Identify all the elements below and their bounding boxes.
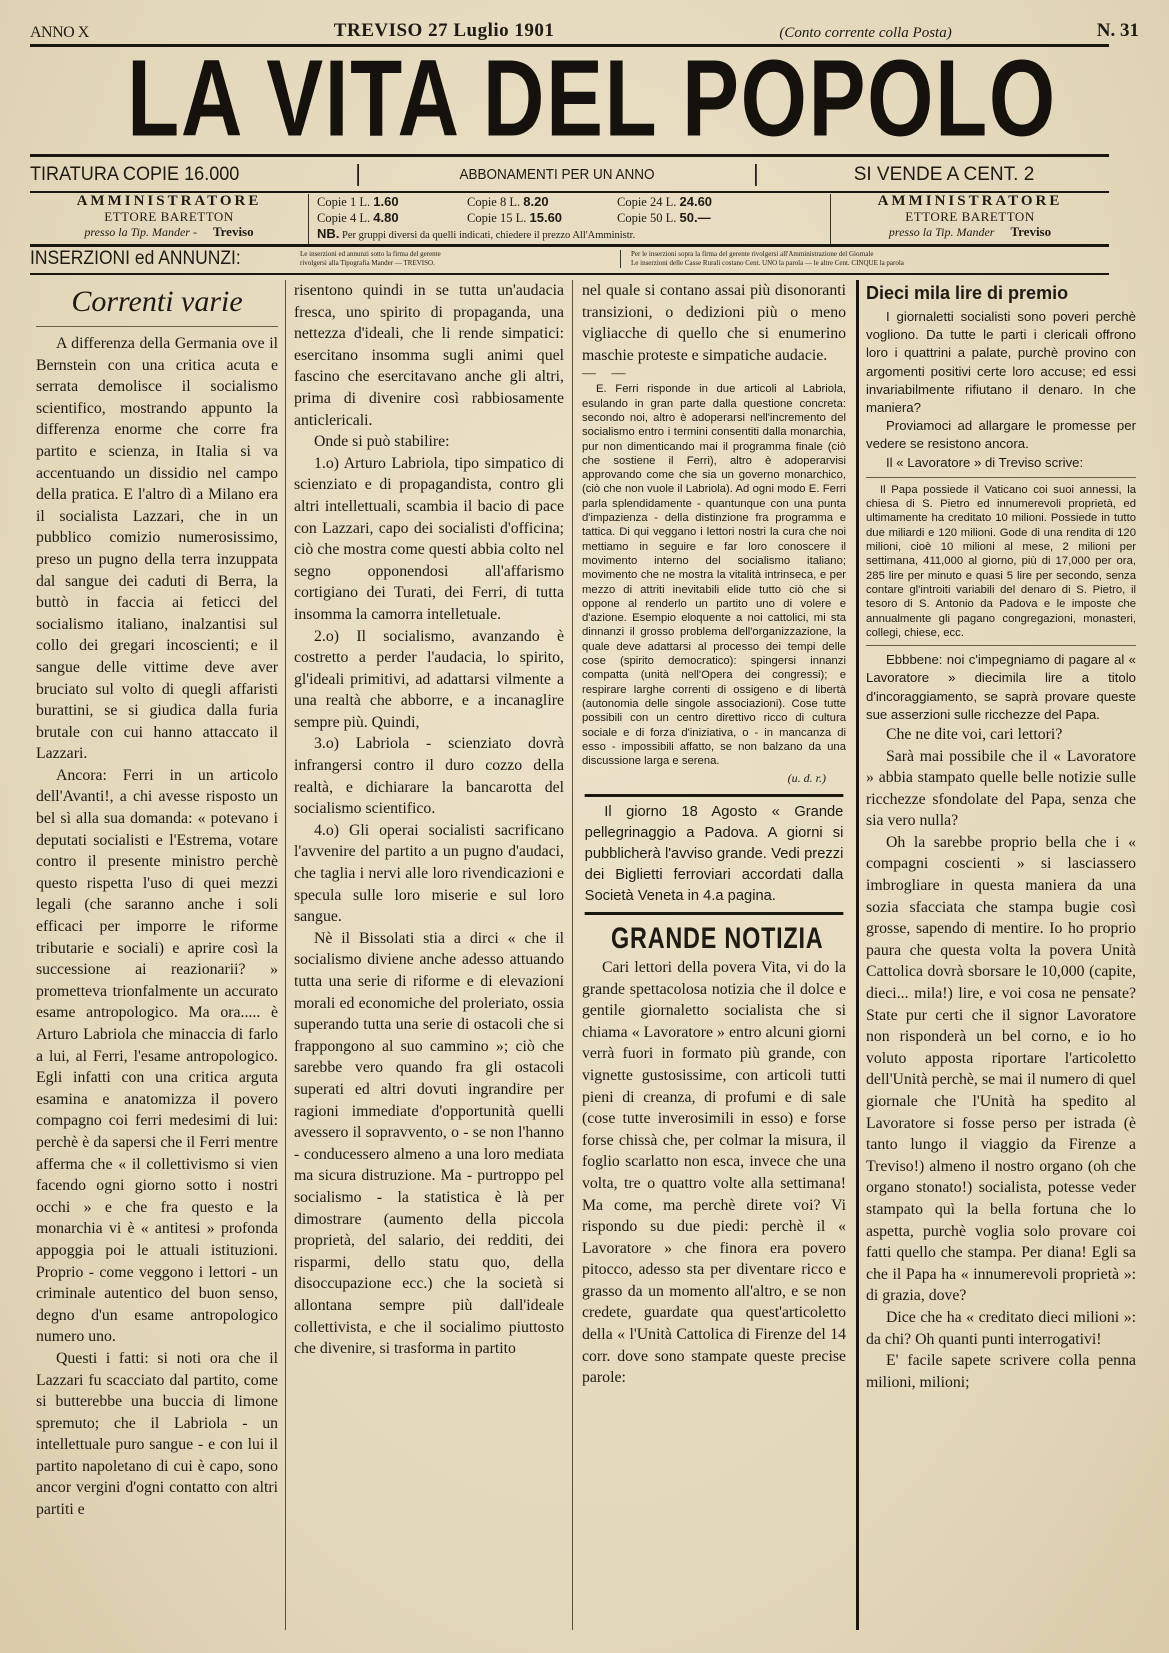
paragraph: Dice che ha « creditato dieci milioni »:… (866, 1307, 1136, 1350)
advertising-heading: INSERZIONI ed ANNUNZI: (30, 248, 278, 270)
price-row: Copie 4 L. 4.80 Copie 15 L. 15.60 Copie … (317, 210, 822, 226)
column-divider (285, 280, 286, 1630)
admin-left: AMMINISTRATORE ETTORE BARETTON presso la… (30, 194, 308, 244)
column-three: nel quale si contano assai più disonoran… (582, 280, 846, 1389)
divider (866, 645, 1136, 646)
article-intro: I giornaletti socialisti sono poveri per… (866, 308, 1136, 472)
price-note: NB. Per gruppi diversi da quelli indicat… (317, 226, 822, 243)
paragraph: 4.o) Gli operai socialisti sacrificano l… (294, 820, 564, 928)
paragraph: E' facile sapete scrivere colla penna mi… (866, 1350, 1136, 1393)
divider (30, 154, 1109, 157)
pilgrimage-notice: Il giorno 18 Agosto « Grande pellegrinag… (585, 794, 844, 915)
paragraph: Onde si può stabilire: (294, 431, 564, 453)
paragraph: Nè il Bissolati stia a dirci « che il so… (294, 928, 564, 1360)
admin-name: ETTORE BARETTON (30, 209, 308, 224)
paragraph: risentono quindi in se tutta un'audacia … (294, 280, 564, 431)
quoted-text: Il Papa possiede il Vaticano coi suoi an… (866, 483, 1136, 640)
editorial-signature: (u. d. r.) (582, 768, 846, 790)
editorial-note: E. Ferri risponde in due articoli al Lab… (582, 382, 846, 768)
subscription-prices: Copie 1 L. 1.60 Copie 8 L. 8.20 Copie 24… (308, 194, 831, 244)
info-bar: TIRATURA COPIE 16.000 ABBONAMENTI PER UN… (30, 160, 1109, 190)
paragraph: Sarà mai possibile che il « Lavoratore »… (866, 746, 1136, 832)
issue-number: N. 31 (1097, 20, 1139, 42)
article-correnti-varie: Correnti varie A differenza della German… (36, 280, 278, 1521)
paragraph: 1.o) Arturo Labriola, tipo simpatico di … (294, 453, 564, 626)
separator-dash: — — (582, 366, 846, 382)
advertising-note-1: Le inserzioni ed annunzi sotto la firma … (300, 250, 620, 268)
paragraph: nel quale si contano assai più disonoran… (582, 280, 846, 366)
volume-number: ANNO X (30, 24, 89, 42)
paragraph: 2.o) Il socialismo, avanzando è costrett… (294, 626, 564, 734)
article-dieci-mila-lire: Dieci mila lire di premio I giornaletti … (866, 280, 1136, 1393)
paragraph: Questi i fatti: si noti ora che il Lazza… (36, 1348, 278, 1521)
divider (866, 477, 1136, 478)
divider (30, 273, 1109, 275)
paragraph: Cari lettori della povera Vita, vi do la… (582, 957, 846, 1389)
paragraph: A differenza della Germania ove il Berns… (36, 333, 278, 765)
price-row: Copie 1 L. 1.60 Copie 8 L. 8.20 Copie 24… (317, 194, 822, 210)
advertising-note-2: Per le inserzioni sopra la firma del ger… (620, 250, 1109, 268)
newspaper-page: ANNO X TREVISO 27 Luglio 1901 (Conto cor… (0, 0, 1169, 1653)
article-offer: Ebbbene: noi c'impegniamo di pagare al «… (866, 651, 1136, 724)
article-title: Correnti varie (36, 280, 278, 327)
admin-right: AMMINISTRATORE ETTORE BARETTON presso la… (831, 194, 1109, 244)
sale-price: SI VENDE A CENT. 2 (779, 164, 1109, 186)
paragraph: 3.o) Labriola - scienziato dovrà infrang… (294, 733, 564, 819)
column-divider (856, 280, 859, 1630)
admin-heading: AMMINISTRATORE (30, 194, 308, 209)
circulation: TIRATURA COPIE 16.000 (30, 164, 320, 186)
subscriptions-heading: ABBONAMENTI PER UN ANNO (357, 164, 757, 186)
paragraph: Ancora: Ferri in un articolo dell'Avanti… (36, 765, 278, 1348)
column-divider (572, 280, 573, 1630)
paragraph: Oh la sarebbe proprio bella che i « comp… (866, 832, 1136, 1307)
article-title: GRANDE NOTIZIA (611, 921, 817, 957)
newspaper-title: LA VITA DEL POPOLO (127, 41, 1012, 157)
admin-heading: AMMINISTRATORE (831, 194, 1109, 209)
article-correnti-varie-cont: risentono quindi in se tutta un'audacia … (294, 280, 564, 1360)
admin-address: presso la Tip. Mander -Treviso (30, 224, 308, 240)
admin-bar: AMMINISTRATORE ETTORE BARETTON presso la… (30, 194, 1109, 244)
paragraph: Che ne dite voi, cari lettori? (866, 724, 1136, 746)
admin-address: presso la Tip. ManderTreviso (831, 224, 1109, 240)
advertising-bar: INSERZIONI ed ANNUNZI: Le inserzioni ed … (30, 247, 1109, 271)
article-title: Dieci mila lire di premio (866, 280, 1136, 306)
admin-name: ETTORE BARETTON (831, 209, 1109, 224)
